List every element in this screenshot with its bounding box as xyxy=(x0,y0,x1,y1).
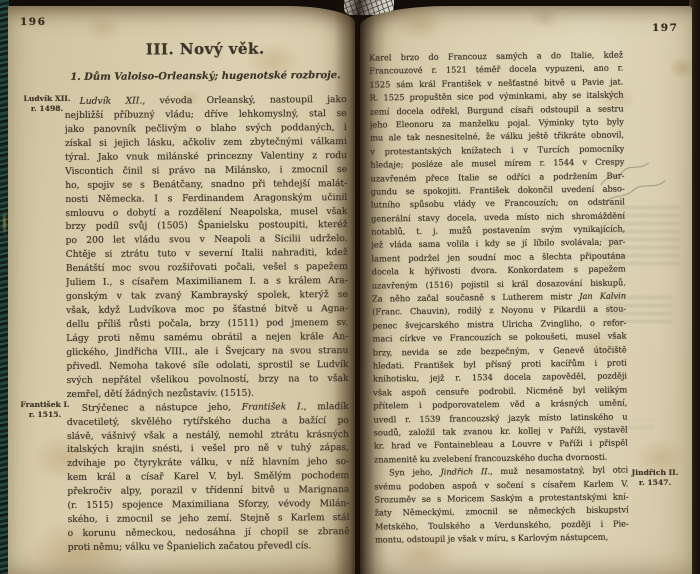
left-page: 196 Ludvík XII. r. 1498. František I. r.… xyxy=(8,6,355,574)
section-subheading: 1. Dům Valoiso-Orleanský; hugenotské roz… xyxy=(64,70,346,84)
margin-note-jindrich-ii: Jindřich II. r. 1547. xyxy=(624,468,686,487)
chapter-heading: III. Nový věk. xyxy=(64,39,346,59)
text-line: Viscontich činil si právo na Milánsko, i… xyxy=(65,163,347,179)
margin-note-line: František I. xyxy=(18,400,72,410)
left-page-text-column: III. Nový věk. 1. Dům Valoiso-Orleanský;… xyxy=(64,39,350,555)
right-page-paragraphs: Karel brzo do Francouz samých a do Itali… xyxy=(369,48,629,547)
text-line: dvacetiletý, skvělého rytířského ducha a… xyxy=(67,414,349,430)
text-line: montu, odstoupil je však v míru, s Karlo… xyxy=(375,530,629,546)
book-photo: 196 Ludvík XII. r. 1498. František I. r.… xyxy=(0,0,700,574)
margin-note-line: r. 1515. xyxy=(18,410,72,420)
text-line: svých nepřátel všelikou povolností, brzy… xyxy=(67,372,349,388)
text-line: týral. Jako vnuk milánské princezny Vale… xyxy=(65,149,347,165)
text-line: nosti Německa. I s Ferdinandem Aragonský… xyxy=(65,191,347,207)
paragraph: Syn jeho, Jindřich II., muž nesamostatný… xyxy=(374,464,629,547)
right-page-text-column: Karel brzo do Francouz samých a do Itali… xyxy=(369,48,629,547)
right-page-number: 197 xyxy=(652,22,678,34)
text-line: Strýčenec a nástupce jeho, František I.,… xyxy=(67,400,349,416)
paragraph: Ludvík XII., vévoda Orleanský, nastoupil… xyxy=(65,93,349,402)
text-line: proti němu; válku ve Španielich začatou … xyxy=(68,539,350,555)
left-page-paragraphs: Ludvík XII., vévoda Orleanský, nastoupil… xyxy=(65,93,350,555)
text-line: ho, spojiv se s Benátčany, snadno při te… xyxy=(65,177,347,193)
margin-note-line: r. 1547. xyxy=(624,478,686,488)
margin-note-frantisek-i: František I. r. 1515. xyxy=(18,400,72,419)
left-page-number: 196 xyxy=(20,16,46,28)
right-page: 197 Jindřich II. r. 1547. Karel brzo do … xyxy=(360,6,692,574)
margin-note-line: Jindřich II. xyxy=(624,468,686,478)
paragraph: Strýčenec a nástupce jeho, František I.,… xyxy=(67,400,350,555)
paragraph: Karel brzo do Francouz samých a do Itali… xyxy=(369,48,628,466)
